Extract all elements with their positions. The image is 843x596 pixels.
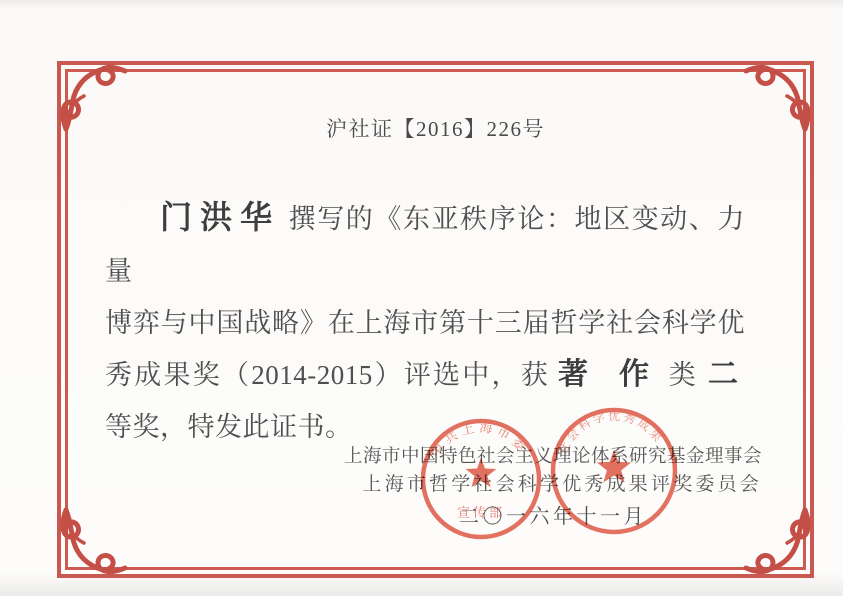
body-line-1: 门洪华 撰写的《东亚秩序论：地区变动、力量	[105, 191, 745, 297]
certificate-scan: 沪社证【2016】226号 门洪华 撰写的《东亚秩序论：地区变动、力量 博弈与中…	[0, 0, 843, 596]
serial-number: 沪社证【2016】226号	[57, 113, 814, 143]
body-line-3-text: 秀成果奖（2014-2015）评选中，获	[105, 360, 550, 390]
issuer-line-2: 上海市哲学社会科学优秀成果评奖委员会	[344, 471, 762, 498]
body-line-3-mid: 类	[669, 360, 698, 390]
date-line: 二〇一六年十一月	[344, 504, 762, 531]
certificate-body: 门洪华 撰写的《东亚秩序论：地区变动、力量 博弈与中国战略》在上海市第十三届哲学…	[105, 191, 745, 453]
body-line-3: 秀成果奖（2014-2015）评选中，获著 作类二	[105, 349, 745, 401]
issuer-block: 上海市中国特色社会主义理论体系研究基金理事会 上海市哲学社会科学优秀成果评奖委员…	[344, 444, 762, 531]
certificate-content: 沪社证【2016】226号 门洪华 撰写的《东亚秩序论：地区变动、力量 博弈与中…	[57, 61, 814, 578]
author-name: 门洪华	[160, 199, 280, 235]
body-line-2: 博弈与中国战略》在上海市第十三届哲学社会科学优	[105, 297, 745, 349]
issuer-line-1: 上海市中国特色社会主义理论体系研究基金理事会	[344, 444, 762, 471]
award-rank: 二	[708, 358, 745, 391]
award-category: 著 作	[558, 358, 661, 391]
